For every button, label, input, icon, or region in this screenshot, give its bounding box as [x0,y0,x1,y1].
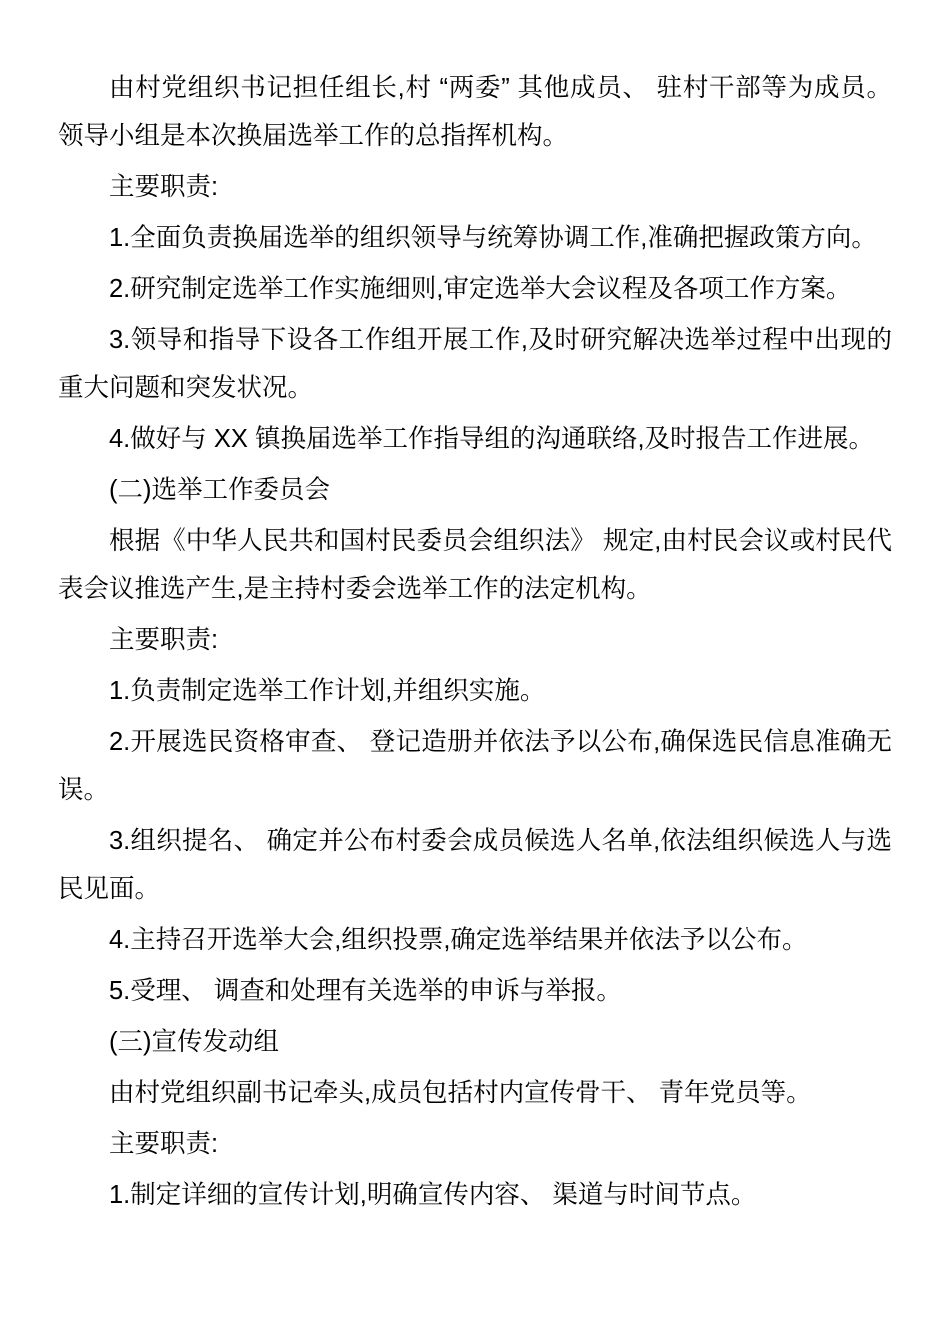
paragraph: 3.领导和指导下设各工作组开展工作,及时研究解决选举过程中出现的重大问题和突发状… [58,316,892,412]
paragraph: 1.制定详细的宣传计划,明确宣传内容、 渠道与时间节点。 [58,1171,892,1219]
paragraph: 1.全面负责换届选举的组织领导与统筹协调工作,准确把握政策方向。 [58,214,892,262]
paragraph: 根据《中华人民共和国村民委员会组织法》 规定,由村民会议或村民代表会议推选产生,… [58,517,892,613]
paragraph: 2.研究制定选举工作实施细则,审定选举大会议程及各项工作方案。 [58,265,892,313]
paragraph: 由村党组织书记担任组长,村 “两委” 其他成员、 驻村干部等为成员。领导小组是本… [58,64,892,160]
paragraph: 5.受理、 调查和处理有关选举的申诉与举报。 [58,967,892,1015]
paragraph: 4.主持召开选举大会,组织投票,确定选举结果并依法予以公布。 [58,916,892,964]
document-body: { "page": { "background_color": "#ffffff… [0,0,950,1344]
paragraph: 1.负责制定选举工作计划,并组织实施。 [58,667,892,715]
paragraph: 主要职责: [58,616,892,664]
paragraph: 由村党组织副书记牵头,成员包括村内宣传骨干、 青年党员等。 [58,1069,892,1117]
paragraph: 主要职责: [58,1120,892,1168]
paragraph: 主要职责: [58,163,892,211]
section-heading: (二)选举工作委员会 [58,466,892,514]
paragraph: 4.做好与 XX 镇换届选举工作指导组的沟通联络,及时报告工作进展。 [58,415,892,463]
paragraph: 3.组织提名、 确定并公布村委会成员候选人名单,依法组织候选人与选民见面。 [58,817,892,913]
paragraph: 2.开展选民资格审查、 登记造册并依法予以公布,确保选民信息准确无误。 [58,718,892,814]
section-heading: (三)宣传发动组 [58,1018,892,1066]
document-page: 由村党组织书记担任组长,村 “两委” 其他成员、 驻村干部等为成员。领导小组是本… [0,0,950,1344]
